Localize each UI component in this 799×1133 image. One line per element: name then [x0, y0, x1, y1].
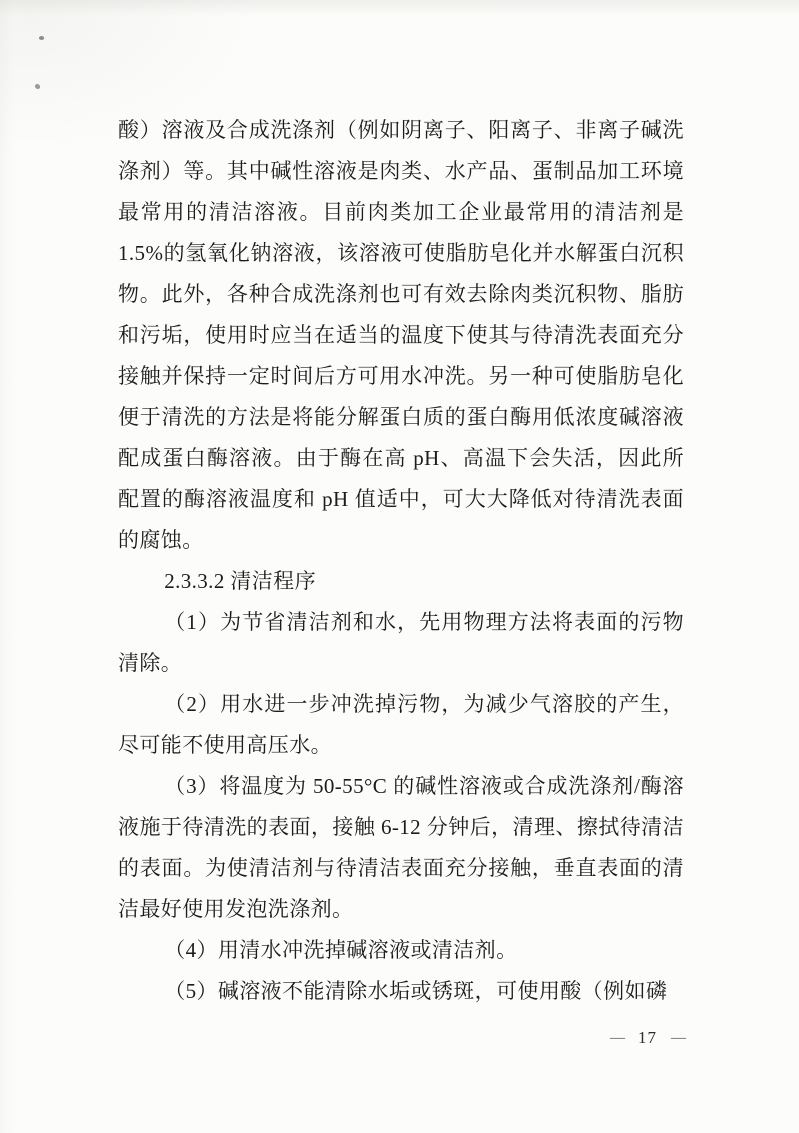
document-page: 酸）溶液及合成洗涤剂（例如阴离子、阳离子、非离子碱洗涤剂）等。其中碱性溶液是肉类… — [0, 0, 799, 1133]
scan-speckle — [39, 35, 45, 40]
footer-dash-right: — — [671, 1026, 685, 1050]
section-heading: 2.3.3.2 清洁程序 — [118, 561, 684, 602]
page-footer: — 17 — — [610, 1026, 685, 1050]
list-item-1: （1）为节省清洁剂和水，先用物理方法将表面的污物清除。 — [118, 602, 684, 684]
page-body: 酸）溶液及合成洗涤剂（例如阴离子、阳离子、非离子碱洗涤剂）等。其中碱性溶液是肉类… — [118, 110, 684, 1012]
list-item-5: （5）碱溶液不能清除水垢或锈斑，可使用酸（例如磷 — [118, 971, 684, 1012]
list-item-2: （2）用水进一步冲洗掉污物，为减少气溶胶的产生，尽可能不使用高压水。 — [118, 684, 684, 766]
scan-speckle — [35, 84, 41, 90]
footer-dash-left: — — [610, 1026, 624, 1050]
list-item-3: （3）将温度为 50-55°C 的碱性溶液或合成洗涤剂/酶溶液施于待清洗的表面，… — [118, 766, 684, 930]
list-item-4: （4）用清水冲洗掉碱溶液或清洁剂。 — [118, 930, 684, 971]
paragraph-continuation: 酸）溶液及合成洗涤剂（例如阴离子、阳离子、非离子碱洗涤剂）等。其中碱性溶液是肉类… — [118, 110, 684, 561]
page-number: 17 — [638, 1026, 657, 1050]
